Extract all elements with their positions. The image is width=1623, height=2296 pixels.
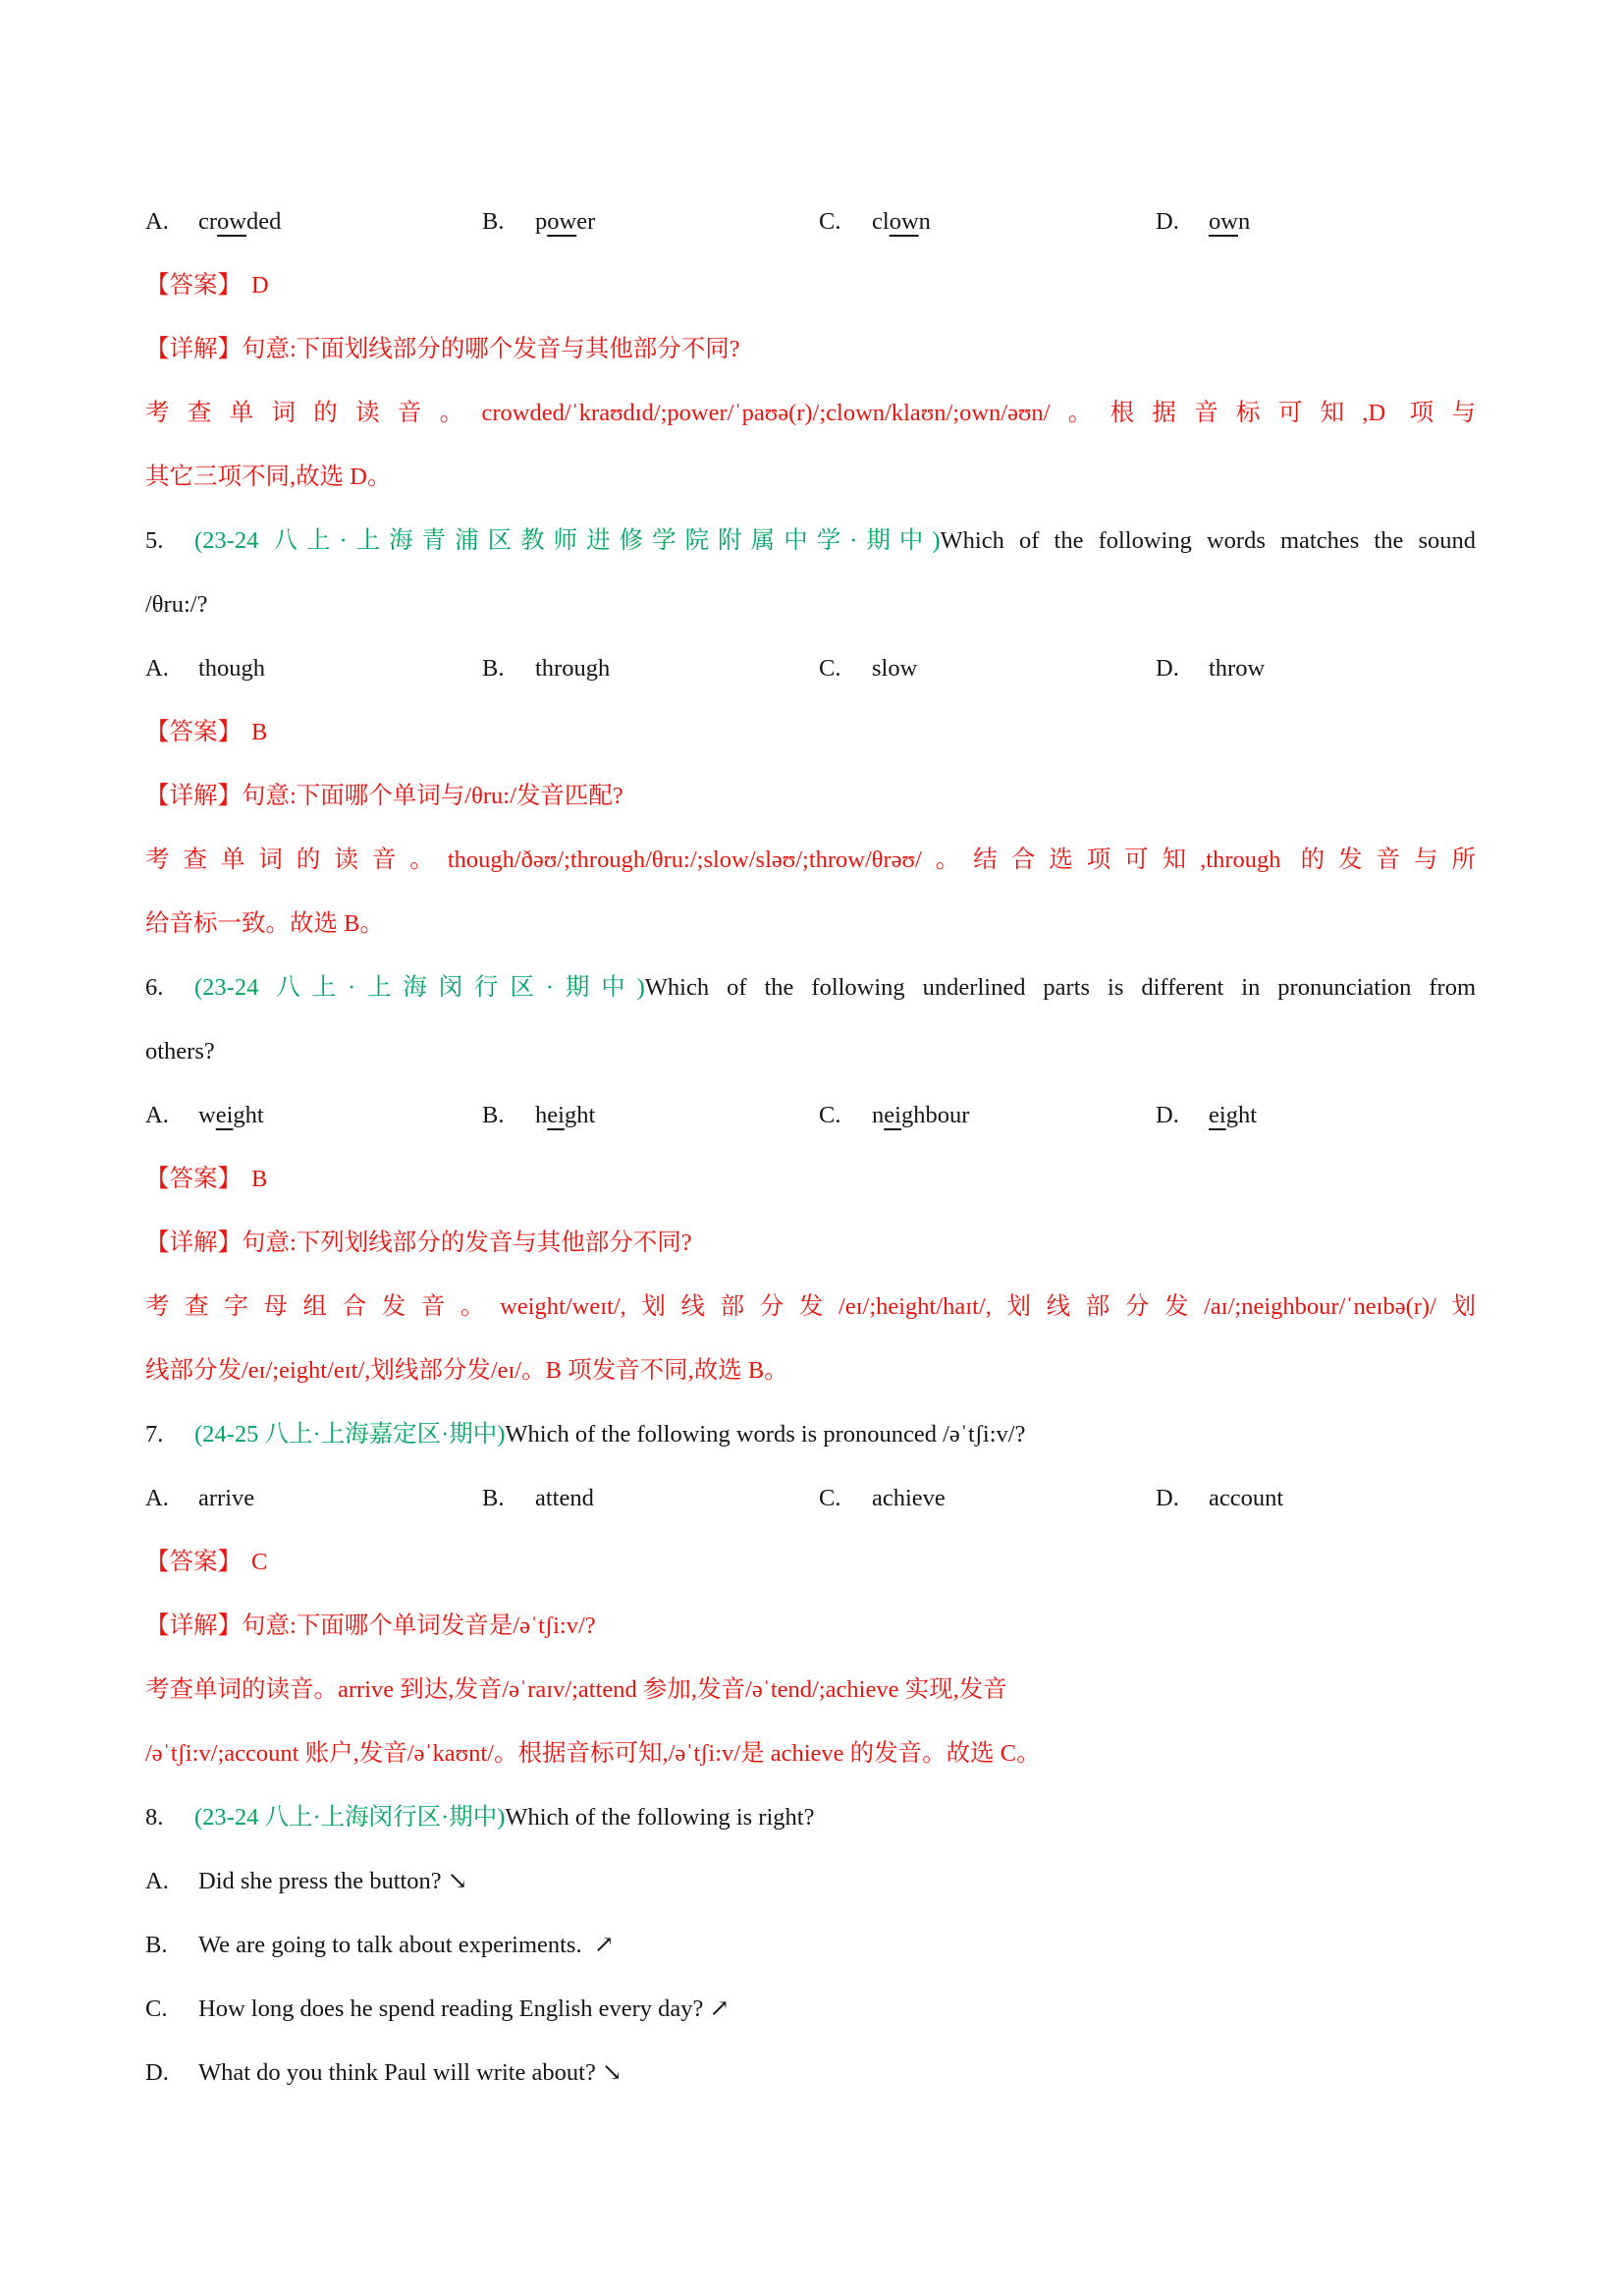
underlined-part: ei — [547, 1102, 565, 1128]
option-letter: A. — [145, 190, 198, 253]
q6-explanation-line: 线部分发/eɪ/;eight/eɪt/,划线部分发/eɪ/。B 项发音不同,故选… — [145, 1339, 1476, 1402]
q5-stem-continued: /θru:/? — [145, 573, 1476, 636]
question-number: 5. — [145, 509, 194, 573]
stem-text: Which of the following words matches the… — [941, 527, 1476, 554]
option-letter: C. — [145, 1977, 198, 2041]
answer-value: C — [251, 1549, 267, 1575]
q5-option-a: A.though — [145, 636, 482, 700]
q8-option-c: C.How long does he spend reading English… — [145, 1977, 1476, 2041]
underlined-part: ei — [884, 1102, 901, 1128]
q8-stem: 8.(23-24 八上·上海闵行区·期中)Which of the follow… — [145, 1785, 1476, 1849]
option-word: own — [1209, 208, 1250, 235]
option-word: achieve — [872, 1485, 946, 1511]
q8-option-d: D.What do you think Paul will write abou… — [145, 2041, 1476, 2105]
detail-label: 【详解】 — [145, 783, 242, 809]
underlined-part: ei — [216, 1102, 234, 1128]
q4-option-d: D.own — [1156, 190, 1476, 253]
option-word: power — [535, 208, 595, 235]
question-number: 7. — [145, 1402, 194, 1466]
q6-option-d: D.eight — [1156, 1083, 1476, 1147]
detail-text: 句意:下列划线部分的发音与其他部分不同? — [242, 1230, 692, 1256]
question-source-tag: (23-24 八上·上海闵行区·期中) — [194, 974, 645, 1001]
stem-text: Which of the following is right? — [505, 1804, 814, 1831]
option-letter: D. — [1156, 1083, 1209, 1147]
q6-detail-line: 【详解】句意:下列划线部分的发音与其他部分不同? — [145, 1211, 1476, 1275]
option-word: weight — [198, 1102, 264, 1128]
q7-option-b: B.attend — [482, 1466, 819, 1530]
underlined-part: ei — [1209, 1102, 1226, 1128]
option-letter: C. — [819, 1466, 872, 1530]
q4-option-c: C.clown — [819, 190, 1156, 253]
q5-option-c: C.slow — [819, 636, 1156, 700]
answer-label: 【答案】 — [145, 1549, 242, 1575]
q6-stem-continued: others? — [145, 1019, 1476, 1083]
option-letter: B. — [482, 1083, 535, 1147]
option-letter: A. — [145, 1466, 198, 1530]
answer-label: 【答案】 — [145, 1166, 242, 1192]
q6-stem: 6.(23-24 八上·上海闵行区·期中)Which of the follow… — [145, 956, 1476, 1019]
q6-option-b: B.height — [482, 1083, 819, 1147]
q5-option-d: D.throw — [1156, 636, 1476, 700]
question-number: 6. — [145, 956, 194, 1019]
stem-text: Which of the following words is pronounc… — [505, 1421, 1025, 1448]
option-word: neighbour — [872, 1102, 969, 1128]
q5-answer-line: 【答案】B — [145, 700, 1476, 764]
q4-answer-line: 【答案】D — [145, 253, 1476, 317]
q7-explanation-line: 考查单词的读音。arrive 到达,发音/əˈraɪv/;attend 参加,发… — [145, 1658, 1476, 1722]
q6-option-a: A.weight — [145, 1083, 482, 1147]
question-number: 8. — [145, 1785, 194, 1849]
q6-option-c: C.neighbour — [819, 1083, 1156, 1147]
q7-stem: 7.(24-25 八上·上海嘉定区·期中)Which of the follow… — [145, 1402, 1476, 1466]
q8-option-a: A.Did she press the button? ↘ — [145, 1849, 1476, 1913]
q5-option-b: B.through — [482, 636, 819, 700]
detail-text: 句意:下面划线部分的哪个发音与其他部分不同? — [242, 336, 740, 362]
document-content: A.crowded B.power C.clown D.own 【答案】D 【详… — [0, 0, 1623, 2296]
q7-detail-line: 【详解】句意:下面哪个单词发音是/əˈtʃi:v/? — [145, 1594, 1476, 1658]
q5-options-row: A.though B.through C.slow D.throw — [145, 636, 1476, 700]
underlined-part: ow — [547, 208, 576, 235]
underlined-part: ow — [217, 208, 246, 235]
option-letter: D. — [145, 2041, 198, 2105]
option-letter: A. — [145, 636, 198, 700]
q6-explanation-line: 考查字母组合发音。weight/weɪt/,划线部分发/eɪ/;height/h… — [145, 1275, 1476, 1339]
underlined-part: ow — [890, 208, 919, 235]
q7-option-c: C.achieve — [819, 1466, 1156, 1530]
q6-answer-line: 【答案】B — [145, 1147, 1476, 1211]
q7-option-d: D.account — [1156, 1466, 1476, 1530]
question-source-tag: (24-25 八上·上海嘉定区·期中) — [194, 1421, 505, 1448]
option-letter: D. — [1156, 190, 1209, 253]
q5-explanation-line: 给音标一致。故选 B。 — [145, 892, 1476, 956]
q8-option-b: B.We are going to talk about experiments… — [145, 1913, 1476, 1977]
option-sentence: What do you think Paul will write about?… — [198, 2059, 622, 2086]
q4-explanation-line: 考查单词的读音。crowded/ˈkraʊdɪd/;power/ˈpaʊə(r)… — [145, 381, 1476, 445]
option-word: attend — [535, 1485, 594, 1511]
q4-option-a: A.crowded — [145, 190, 482, 253]
option-letter: B. — [482, 190, 535, 253]
stem-text: Which of the following underlined parts … — [645, 974, 1476, 1001]
option-letter: B. — [482, 1466, 535, 1530]
q7-answer-line: 【答案】C — [145, 1530, 1476, 1594]
option-letter: A. — [145, 1083, 198, 1147]
option-word: account — [1209, 1485, 1283, 1511]
q7-option-a: A.arrive — [145, 1466, 482, 1530]
q4-options-row: A.crowded B.power C.clown D.own — [145, 190, 1476, 253]
detail-label: 【详解】 — [145, 336, 242, 362]
option-sentence: We are going to talk about experiments. … — [198, 1932, 614, 1958]
option-word: slow — [872, 655, 917, 682]
option-word: crowded — [198, 208, 281, 235]
option-letter: A. — [145, 1849, 198, 1913]
option-word: though — [198, 655, 265, 682]
option-letter: D. — [1156, 636, 1209, 700]
option-word: arrive — [198, 1485, 254, 1511]
option-word: eight — [1209, 1102, 1257, 1128]
answer-value: D — [251, 272, 269, 299]
q7-explanation-line: /əˈtʃi:v/;account 账户,发音/əˈkaʊnt/。根据音标可知,… — [145, 1722, 1476, 1785]
q5-detail-line: 【详解】句意:下面哪个单词与/θru:/发音匹配? — [145, 764, 1476, 828]
q4-explanation-line: 其它三项不同,故选 D。 — [145, 445, 1476, 509]
q4-detail-line: 【详解】句意:下面划线部分的哪个发音与其他部分不同? — [145, 317, 1476, 381]
question-source-tag: (23-24 八上·上海青浦区教师进修学院附属中学·期中) — [194, 527, 941, 554]
option-word: through — [535, 655, 610, 682]
q7-options-row: A.arrive B.attend C.achieve D.account — [145, 1466, 1476, 1530]
answer-label: 【答案】 — [145, 272, 242, 299]
option-sentence: How long does he spend reading English e… — [198, 1995, 730, 2022]
document-page: A.crowded B.power C.clown D.own 【答案】D 【详… — [0, 0, 1623, 2296]
option-letter: C. — [819, 636, 872, 700]
detail-label: 【详解】 — [145, 1230, 242, 1256]
detail-text: 句意:下面哪个单词发音是/əˈtʃi:v/? — [242, 1613, 596, 1639]
underlined-part: ow — [1209, 208, 1238, 235]
option-letter: D. — [1156, 1466, 1209, 1530]
q6-options-row: A.weight B.height C.neighbour D.eight — [145, 1083, 1476, 1147]
q4-option-b: B.power — [482, 190, 819, 253]
option-word: throw — [1209, 655, 1265, 682]
option-letter: B. — [145, 1913, 198, 1977]
option-sentence: Did she press the button? ↘ — [198, 1868, 467, 1894]
answer-value: B — [251, 719, 267, 745]
q5-stem: 5.(23-24 八上·上海青浦区教师进修学院附属中学·期中)Which of … — [145, 509, 1476, 573]
q5-explanation-line: 考查单词的读音。though/ðəʊ/;through/θru:/;slow/s… — [145, 828, 1476, 892]
option-letter: C. — [819, 1083, 872, 1147]
option-letter: B. — [482, 636, 535, 700]
option-word: clown — [872, 208, 931, 235]
answer-label: 【答案】 — [145, 719, 242, 745]
question-source-tag: (23-24 八上·上海闵行区·期中) — [194, 1804, 505, 1831]
answer-value: B — [251, 1166, 267, 1192]
detail-label: 【详解】 — [145, 1613, 242, 1639]
option-word: height — [535, 1102, 595, 1128]
detail-text: 句意:下面哪个单词与/θru:/发音匹配? — [242, 783, 623, 809]
option-letter: C. — [819, 190, 872, 253]
